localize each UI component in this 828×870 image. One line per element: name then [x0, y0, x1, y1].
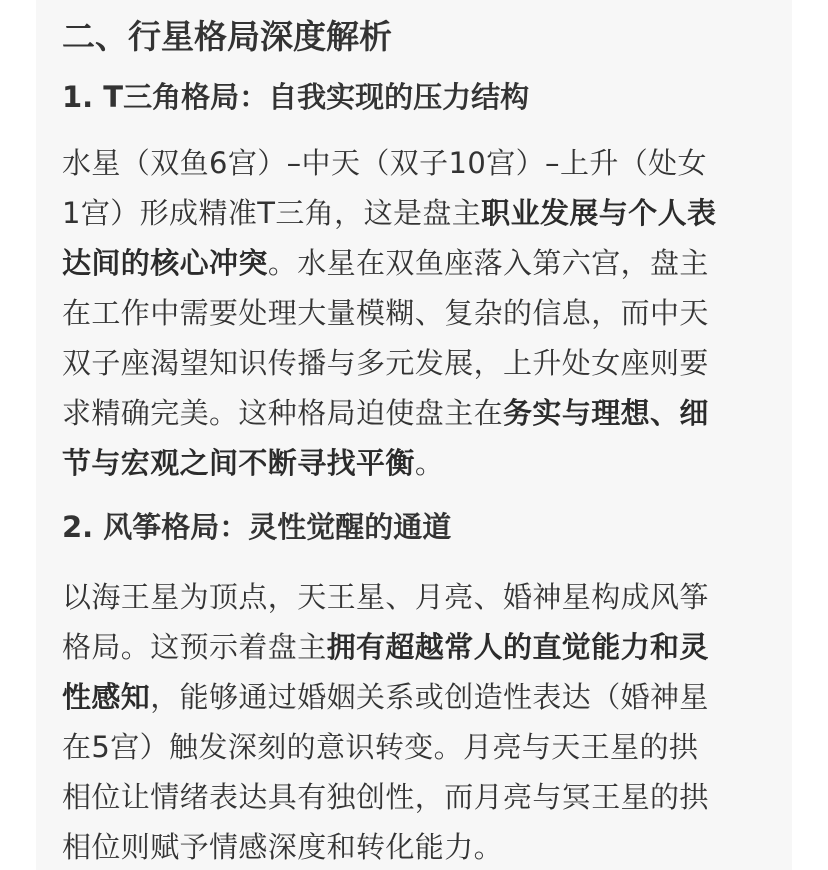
body-text: 水星（双鱼6宫）–中天（双子10宫）–上升（处女 [62, 146, 707, 180]
body-text: 双子座渴望知识传播与多元发展，上升处女座则要 [62, 346, 709, 380]
paragraph-line: 达间的核心冲突。水星在双鱼座落入第六宫，盘主 [62, 238, 709, 288]
paragraph-line: 性感知，能够通过婚姻关系或创造性表达（婚神星 [62, 672, 709, 722]
emphasis-text: 务实与理想、细 [503, 396, 709, 430]
emphasis-text: 职业发展与个人表 [481, 196, 716, 230]
paragraph-line: 以海王星为顶点，天王星、月亮、婚神星构成风筝 [62, 572, 709, 622]
emphasis-text: 性感知 [62, 680, 150, 714]
subsection-heading-2: 2. 风筝格局：灵性觉醒的通道 [62, 502, 451, 552]
paragraph-line: 格局。这预示着盘主拥有超越常人的直觉能力和灵 [62, 622, 709, 672]
paragraph-line: 双子座渴望知识传播与多元发展，上升处女座则要 [62, 338, 709, 388]
body-text: 1宫）形成精准T三角，这是盘主 [62, 196, 481, 230]
paragraph-line: 在工作中需要处理大量模糊、复杂的信息，而中天 [62, 288, 709, 338]
paragraph-line: 节与宏观之间不断寻找平衡。 [62, 438, 444, 488]
emphasis-text: 节与宏观之间不断寻找平衡 [62, 446, 415, 480]
paragraph-line: 相位则赋予情感深度和转化能力。 [62, 822, 503, 870]
body-text: 。水星在双鱼座落入第六宫，盘主 [268, 246, 709, 280]
emphasis-text: 拥有超越常人的直觉能力和灵 [327, 630, 709, 664]
body-text: 在工作中需要处理大量模糊、复杂的信息，而中天 [62, 296, 709, 330]
paragraph-line: 相位让情绪表达具有独创性，而月亮与冥王星的拱 [62, 772, 709, 822]
emphasis-text: 达间的核心冲突 [62, 246, 268, 280]
body-text: 求精确完美。这种格局迫使盘主在 [62, 396, 503, 430]
paragraph-line: 在5宫）触发深刻的意识转变。月亮与天王星的拱 [62, 722, 698, 772]
subsection-heading-1: 1. T三角格局：自我实现的压力结构 [62, 72, 529, 122]
body-text: 以海王星为顶点，天王星、月亮、婚神星构成风筝 [62, 580, 709, 614]
paragraph-line: 求精确完美。这种格局迫使盘主在务实与理想、细 [62, 388, 709, 438]
body-text: 格局。这预示着盘主 [62, 630, 327, 664]
body-text: 在5宫）触发深刻的意识转变。月亮与天王星的拱 [62, 730, 698, 764]
body-text: ，能够通过婚姻关系或创造性表达（婚神星 [150, 680, 709, 714]
paragraph-line: 1宫）形成精准T三角，这是盘主职业发展与个人表 [62, 188, 716, 238]
section-title: 二、行星格局深度解析 [62, 12, 392, 62]
body-text: 。 [415, 446, 444, 480]
body-text: 相位让情绪表达具有独创性，而月亮与冥王星的拱 [62, 780, 709, 814]
paragraph-line: 水星（双鱼6宫）–中天（双子10宫）–上升（处女 [62, 138, 707, 188]
body-text: 相位则赋予情感深度和转化能力。 [62, 830, 503, 864]
